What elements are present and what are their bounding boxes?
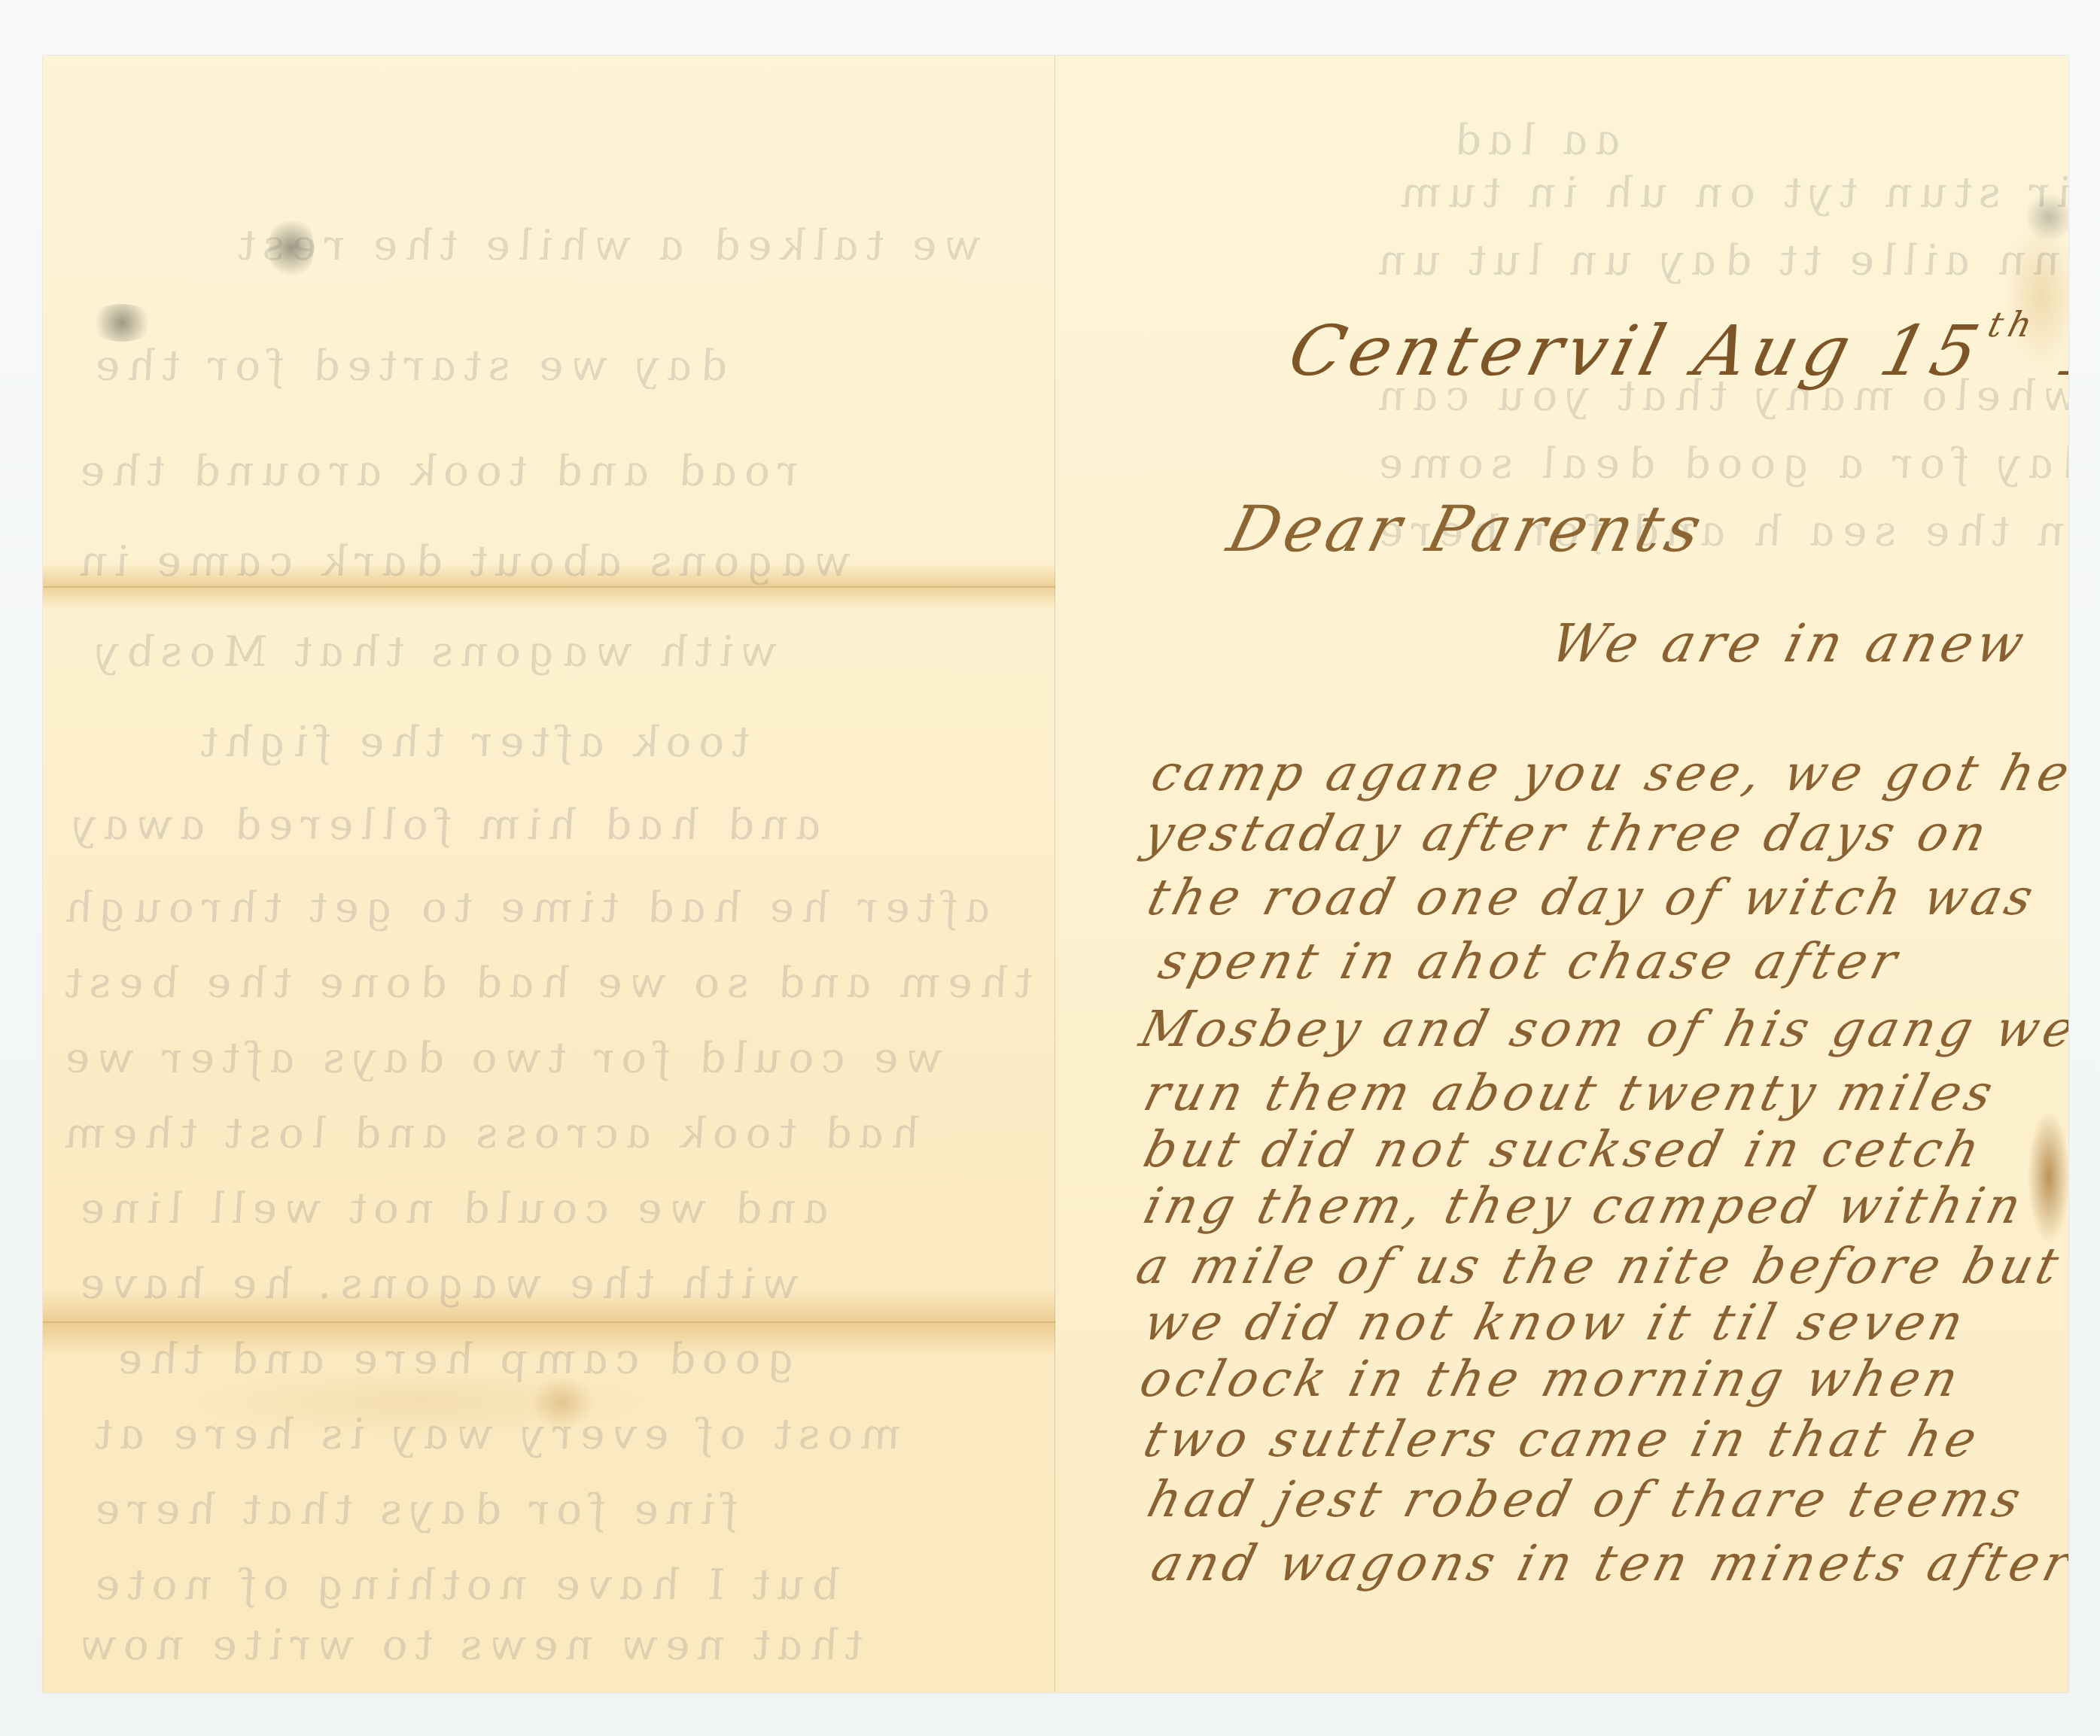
- ghost-line: we talked a while the rest: [225, 221, 987, 270]
- ghost-line: we could for two days after we: [52, 1034, 949, 1083]
- letter-line: the road one day of witch was: [1142, 868, 2044, 926]
- ghost-line: and we could not well line: [67, 1184, 835, 1233]
- letter-line: and wagons in ten minets after: [1146, 1534, 2068, 1592]
- fold-crease-lower: [43, 1321, 1055, 1323]
- letter-line: run them about twenty miles: [1138, 1064, 2003, 1122]
- dateline-month: Aug: [1688, 311, 1864, 391]
- ghost-line: with wagons that Mosby: [82, 628, 783, 676]
- ink-smudge: [2026, 191, 2068, 244]
- ghost-line: had took across and lost them: [52, 1109, 925, 1158]
- letter-line: oclock in the morning when: [1134, 1350, 1968, 1408]
- ghost-line: their stun tyt on uh in tum: [1388, 169, 2068, 217]
- letter-line: camp agane you see, we got here: [1146, 744, 2068, 802]
- right-page: aa lad their stun tyt on uh in tum ann a…: [1055, 56, 2068, 1692]
- ghost-line: with the wagons. he have: [67, 1260, 805, 1309]
- ghost-line: wagons about dark came in: [67, 537, 857, 586]
- ghost-line: but I have nothing of note: [82, 1561, 845, 1610]
- ghost-line: road and took around the: [67, 447, 805, 496]
- ink-smudge: [88, 304, 156, 342]
- letter-line: Mosbey and som of his gang we: [1134, 1000, 2068, 1058]
- dateline-day-suffix: th: [1984, 304, 2043, 345]
- ghost-line: good camp here and the: [105, 1335, 802, 1384]
- letter-sheet: we talked a while the rest day we starte…: [43, 56, 2068, 1692]
- ghost-line: day we started for the: [82, 342, 733, 391]
- letter-dateline: Centervil Aug 15th 1863: [1281, 304, 2068, 391]
- fold-crease-upper: [43, 586, 1055, 588]
- letter-line: two suttlers came in that he: [1138, 1410, 1987, 1468]
- ghost-line: most of every way is here at: [82, 1410, 907, 1459]
- ghost-line: fine for days that here: [82, 1485, 744, 1534]
- letter-line: a mile of us the nite before but: [1131, 1237, 2068, 1295]
- ghost-line: them and so we had done the best: [52, 959, 1038, 1008]
- ghost-line: ann aille tt day un lut un: [1365, 236, 2068, 285]
- dateline-year: 1863: [2049, 311, 2068, 391]
- left-page: we talked a while the rest day we starte…: [43, 56, 1055, 1692]
- ghost-line: after he had time to get through: [52, 883, 997, 932]
- dateline-day: 15: [1872, 311, 1992, 391]
- ghost-line: thursday for a good deal some: [1365, 439, 2068, 488]
- ghost-line: and had him follered away: [59, 801, 828, 850]
- ghost-line: aa lad: [1441, 116, 1627, 165]
- dateline-place: Centervil: [1281, 311, 1679, 391]
- salutation: Dear Parents: [1221, 492, 1713, 566]
- letter-line: had jest robed of thare teems: [1142, 1470, 2031, 1528]
- letter-line: yestaday after three days on: [1138, 804, 1997, 862]
- letter-line: spent in ahot chase after: [1153, 932, 1907, 990]
- letter-line: but did not sucksed in cetch: [1138, 1120, 1990, 1178]
- letter-line: ing them, they camped within: [1138, 1177, 2032, 1235]
- letter-line: We are in anew: [1545, 613, 2035, 674]
- letter-line: we did not know it til seven: [1138, 1294, 1974, 1351]
- ghost-line: that new news to write now: [67, 1621, 869, 1670]
- ghost-line: took after the fight: [187, 718, 756, 767]
